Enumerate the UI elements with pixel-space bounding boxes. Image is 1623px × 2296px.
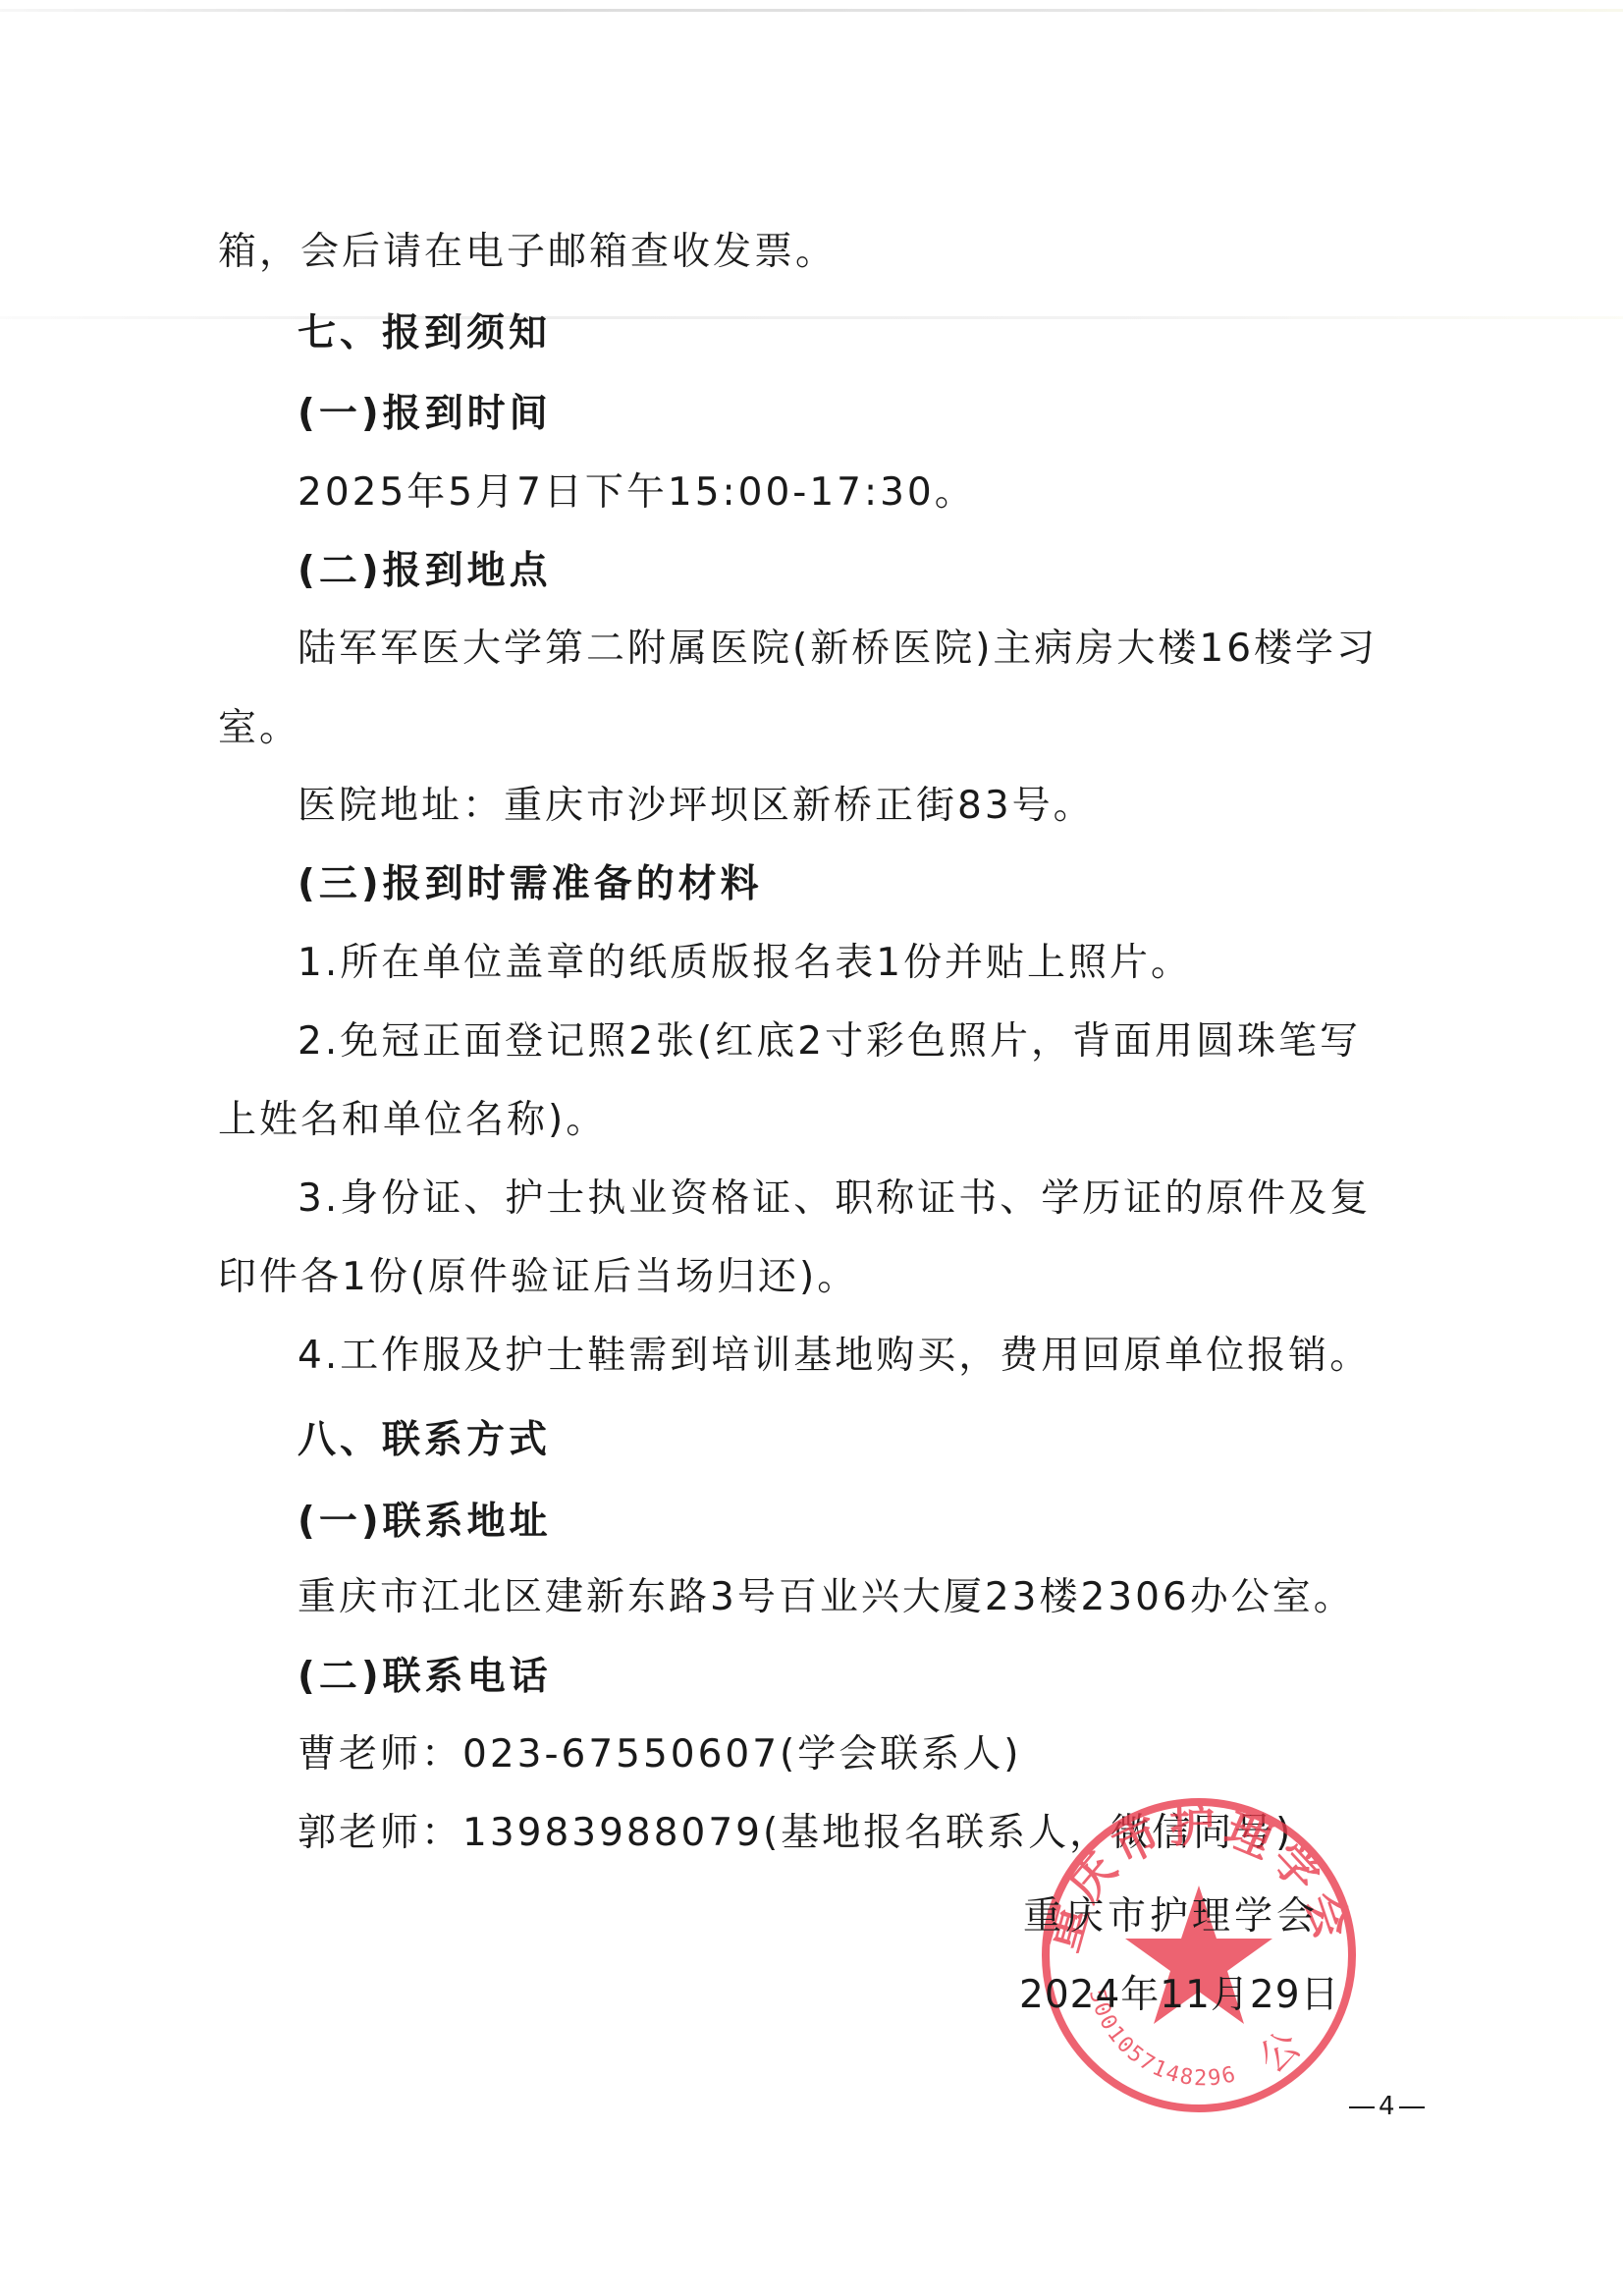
registration-place-value: 陆军军医大学第二附属医院(新桥医院)主病房大楼16楼学习 bbox=[298, 625, 1378, 674]
section-heading-registration: 七、报到须知 bbox=[298, 309, 551, 358]
material-item-2-cont: 上姓名和单位名称)。 bbox=[218, 1096, 607, 1145]
hospital-address: 医院地址：重庆市沙坪坝区新桥正街83号。 bbox=[298, 782, 1095, 831]
scan-artifact-mid bbox=[0, 316, 1623, 319]
dash-right bbox=[1399, 2106, 1425, 2108]
page-number-value: 4 bbox=[1379, 2092, 1395, 2121]
contact-phone-cao: 曹老师：023-67550607(学会联系人) bbox=[298, 1730, 1021, 1779]
registration-place-value-cont: 室。 bbox=[218, 704, 300, 753]
subheading-materials: (三)报到时需准备的材料 bbox=[298, 860, 763, 909]
body-line: 箱，会后请在电子邮箱查收发票。 bbox=[218, 228, 837, 277]
page-number: 4 bbox=[1345, 2090, 1429, 2123]
dash-left bbox=[1349, 2106, 1375, 2108]
subheading-contact-address: (一)联系地址 bbox=[298, 1498, 552, 1547]
section-heading-contact: 八、联系方式 bbox=[298, 1416, 551, 1465]
official-seal-stamp: 重庆市护理学会 5001057148296 公 bbox=[1039, 1795, 1359, 2115]
signature-date: 2024年11月29日 bbox=[1019, 1971, 1340, 2020]
signature-organization: 重庆市护理学会 bbox=[1023, 1892, 1319, 1941]
material-item-3-cont: 印件各1份(原件验证后当场归还)。 bbox=[218, 1253, 858, 1302]
scan-artifact-top bbox=[0, 9, 1623, 12]
material-item-2: 2.免冠正面登记照2张(红底2寸彩色照片，背面用圆珠笔写 bbox=[298, 1017, 1361, 1066]
registration-time-value: 2025年5月7日下午15:00-17:30。 bbox=[298, 468, 976, 518]
subheading-registration-place: (二)报到地点 bbox=[298, 547, 552, 596]
subheading-contact-phone: (二)联系电话 bbox=[298, 1653, 552, 1702]
subheading-registration-time: (一)报到时间 bbox=[298, 390, 552, 439]
material-item-3: 3.身份证、护士执业资格证、职称证书、学历证的原件及复 bbox=[298, 1175, 1371, 1224]
contact-address-value: 重庆市江北区建新东路3号百业兴大厦23楼2306办公室。 bbox=[298, 1573, 1355, 1622]
material-item-1: 1.所在单位盖章的纸质版报名表1份并贴上照片。 bbox=[298, 939, 1192, 988]
material-item-4: 4.工作服及护士鞋需到培训基地购买，费用回原单位报销。 bbox=[298, 1332, 1371, 1381]
